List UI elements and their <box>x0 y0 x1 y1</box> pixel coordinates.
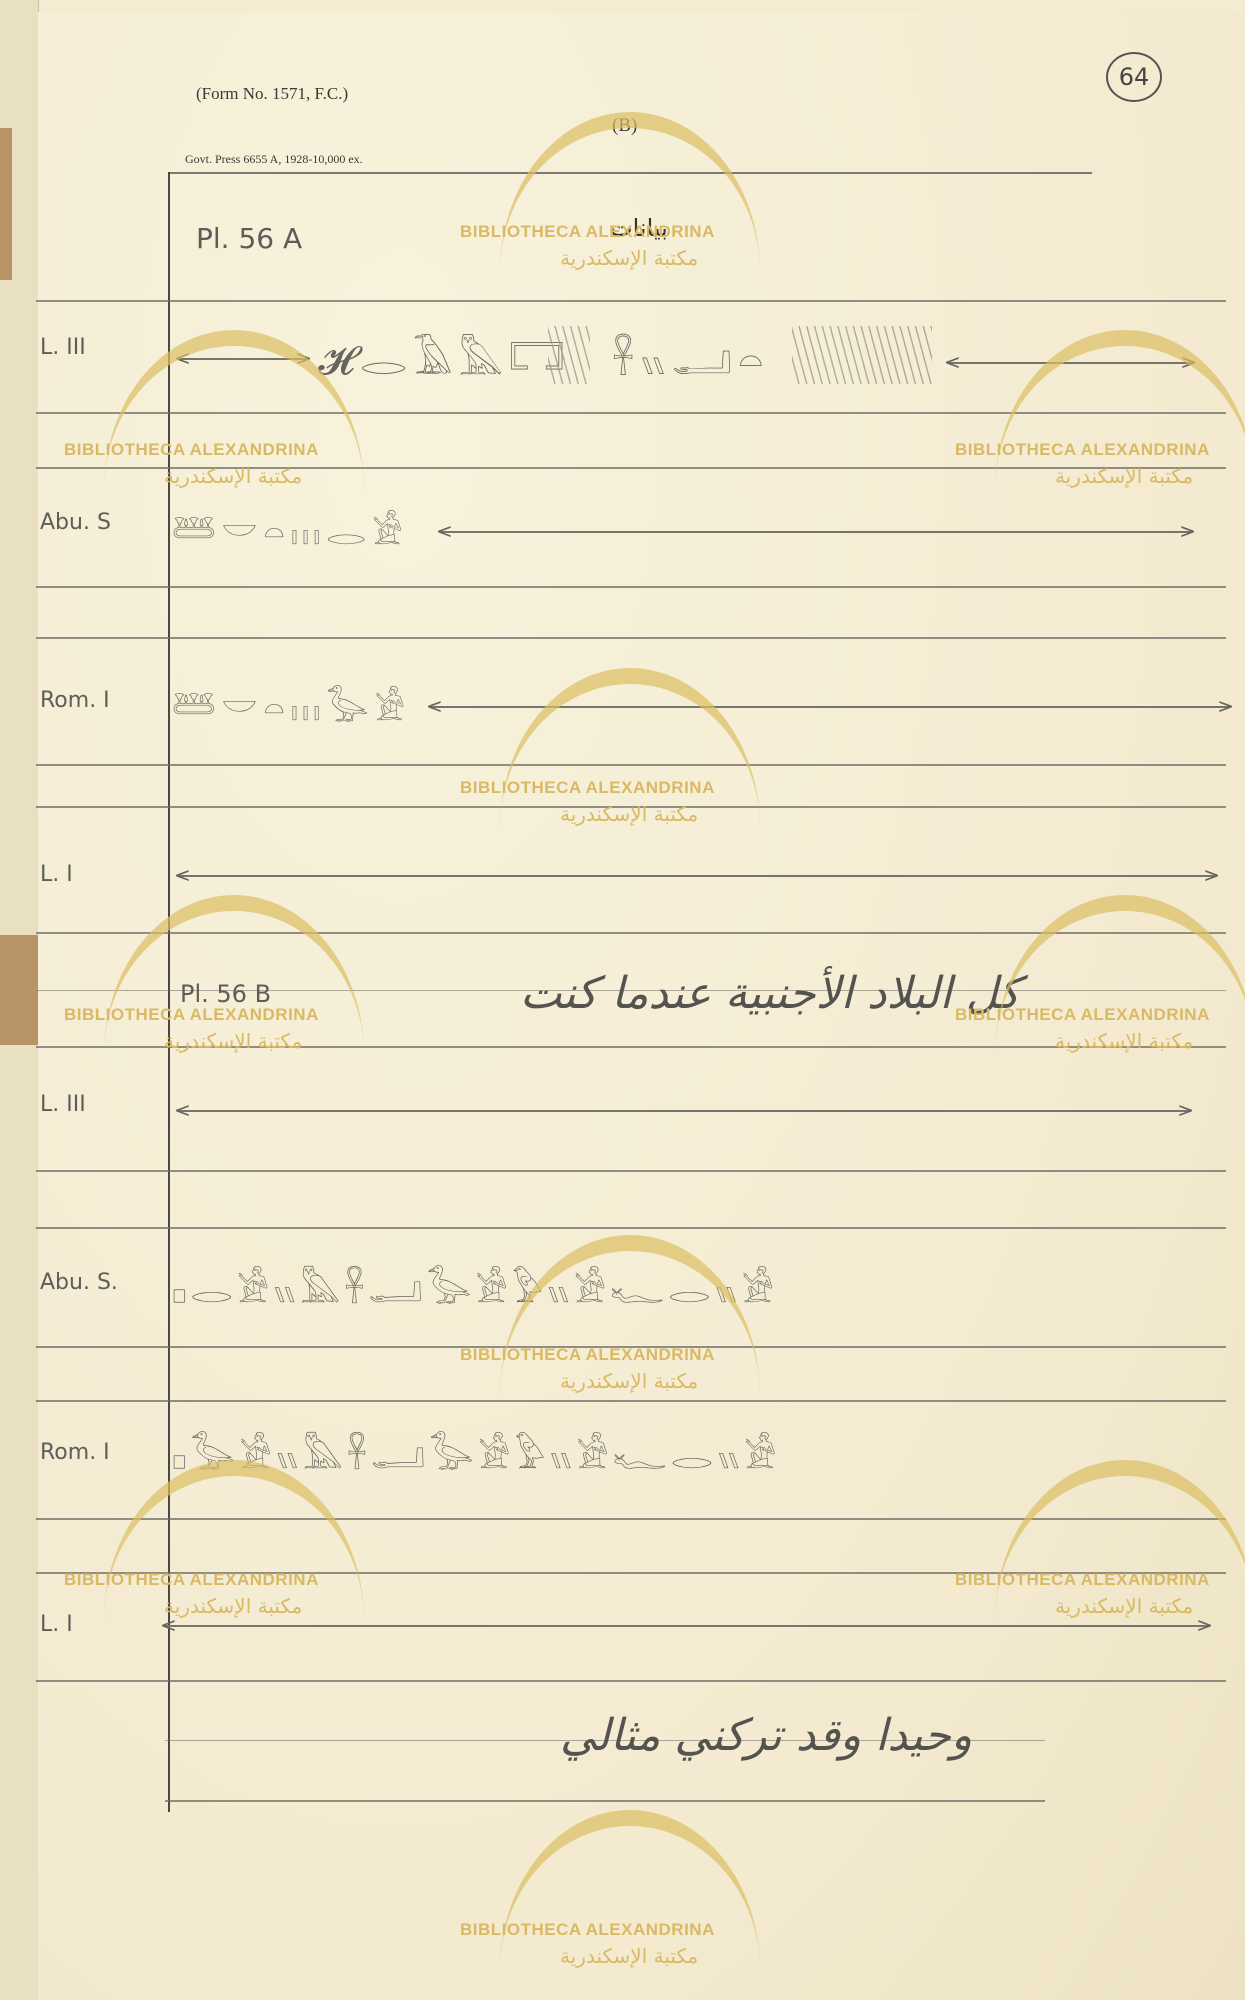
row-label: L. I <box>40 862 73 887</box>
watermark: BIBLIOTHECA ALEXANDRINAمكتبة الإسكندرية <box>460 112 790 272</box>
ruled-line <box>36 1680 1226 1682</box>
arrow-both: <> <box>440 531 1192 533</box>
ruled-line <box>36 1170 1226 1172</box>
watermark: BIBLIOTHECA ALEXANDRINAمكتبة الإسكندرية <box>955 1460 1245 1620</box>
row-label: Abu. S. <box>40 1270 118 1295</box>
page-number: 64 <box>1106 52 1162 102</box>
ruled-line <box>36 1227 1226 1229</box>
watermark: BIBLIOTHECA ALEXANDRINAمكتبة الإسكندرية <box>460 1810 790 1970</box>
hieroglyphs-l3-b: 𓋹𓏭𓂝𓏏 <box>612 322 769 388</box>
watermark: BIBLIOTHECA ALEXANDRINAمكتبة الإسكندرية <box>955 895 1245 1055</box>
watermark: BIBLIOTHECA ALEXANDRINAمكتبة الإسكندرية <box>64 895 394 1055</box>
row-label: L. III <box>40 1092 86 1117</box>
watermark: BIBLIOTHECA ALEXANDRINAمكتبة الإسكندرية <box>460 1235 790 1395</box>
watermark: BIBLIOTHECA ALEXANDRINAمكتبة الإسكندرية <box>64 1460 394 1620</box>
handwritten-note-1: كل البلاد الأجنبية عندما كنت <box>520 968 1020 1019</box>
watermark: BIBLIOTHECA ALEXANDRINAمكتبة الإسكندرية <box>955 330 1245 490</box>
row-label: Rom. I <box>40 688 110 713</box>
watermark: BIBLIOTHECA ALEXANDRINAمكتبة الإسكندرية <box>64 330 394 490</box>
lacuna-hatch <box>548 326 590 384</box>
lacuna-hatch <box>792 326 932 384</box>
arrow-both: <> <box>178 875 1216 877</box>
row-label: Abu. S <box>40 510 111 535</box>
ruled-line <box>36 586 1226 588</box>
watermark: BIBLIOTHECA ALEXANDRINAمكتبة الإسكندرية <box>460 668 790 828</box>
ruled-line <box>165 1800 1045 1802</box>
press-line: Govt. Press 6655 A, 1928-10,000 ex. <box>185 152 363 167</box>
ruled-line <box>36 637 1226 639</box>
arrow-both: <> <box>178 1110 1190 1112</box>
handwritten-note-2: وحيدا وقد تركني مثالي <box>560 1710 972 1761</box>
form-number: (Form No. 1571, F.C.) <box>196 84 348 104</box>
hieroglyphs-abu-s: 𓆷𓎟𓏏𓏥𓂋𓀀 <box>172 500 409 556</box>
tape-strip-top <box>0 128 12 280</box>
plate-a-title: Pl. 56 A <box>196 222 302 255</box>
ruled-line <box>36 300 1226 302</box>
hieroglyphs-rom-i: 𓆷𓎟𓏏𓏥𓅭𓀀 <box>172 676 411 732</box>
